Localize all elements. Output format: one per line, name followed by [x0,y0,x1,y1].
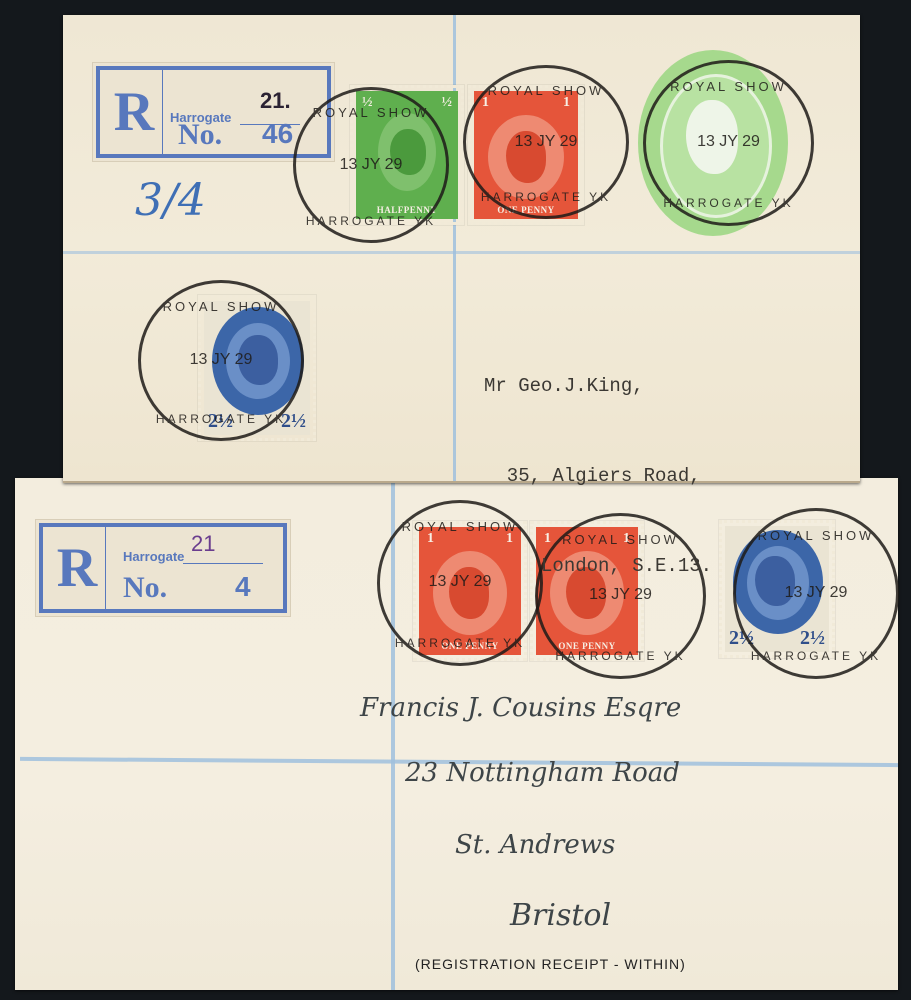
registration-cross-horizontal [63,251,860,254]
registration-label: R Harrogate 21 No. 4 [39,523,287,613]
label-number: 46 [262,118,293,150]
blue-crayon-note: 3/4 [135,175,206,226]
label-no: No. [178,118,222,152]
stamp-twopence-halfpenny-blue: 2½ 2½ [719,520,835,658]
handwritten-address-line: Francis J. Cousins Esqre [360,693,681,723]
label-office-number: 21 [191,531,215,557]
stamp-one-penny-red: 1 1 ONE PENNY [468,85,584,225]
label-office-number: 21. [260,88,291,114]
registration-r-letter: R [49,527,106,609]
registered-cover-bottom: R Harrogate 21 No. 4 1 1 ONE PENNY 1 1 O… [15,478,898,990]
label-town: Harrogate [123,549,184,564]
typed-address: Mr Geo.J.King, 35, Algiers Road, London,… [484,311,712,641]
registration-r-letter: R [106,70,163,154]
registered-cover-top: R Harrogate 21. No. 46 3/4 ½ ½ HALFPENNY… [63,15,860,483]
registration-cross-vertical [391,478,395,990]
handwritten-address-line: St. Andrews [455,830,615,860]
registration-label: R Harrogate 21. No. 46 [96,66,331,158]
handwritten-address-line: 23 Nottingham Road [405,758,680,788]
embossed-stamp-halfpenny [638,50,788,236]
label-no: No. [123,571,167,605]
label-number: 4 [235,571,251,603]
registration-receipt-note: (REGISTRATION RECEIPT - WITHIN) [415,956,686,972]
stamp-twopence-halfpenny-blue: 2½ 2½ [198,295,316,441]
stamp-halfpenny-green: ½ ½ HALFPENNY [350,85,464,225]
handwritten-address-line: Bristol [510,898,611,933]
